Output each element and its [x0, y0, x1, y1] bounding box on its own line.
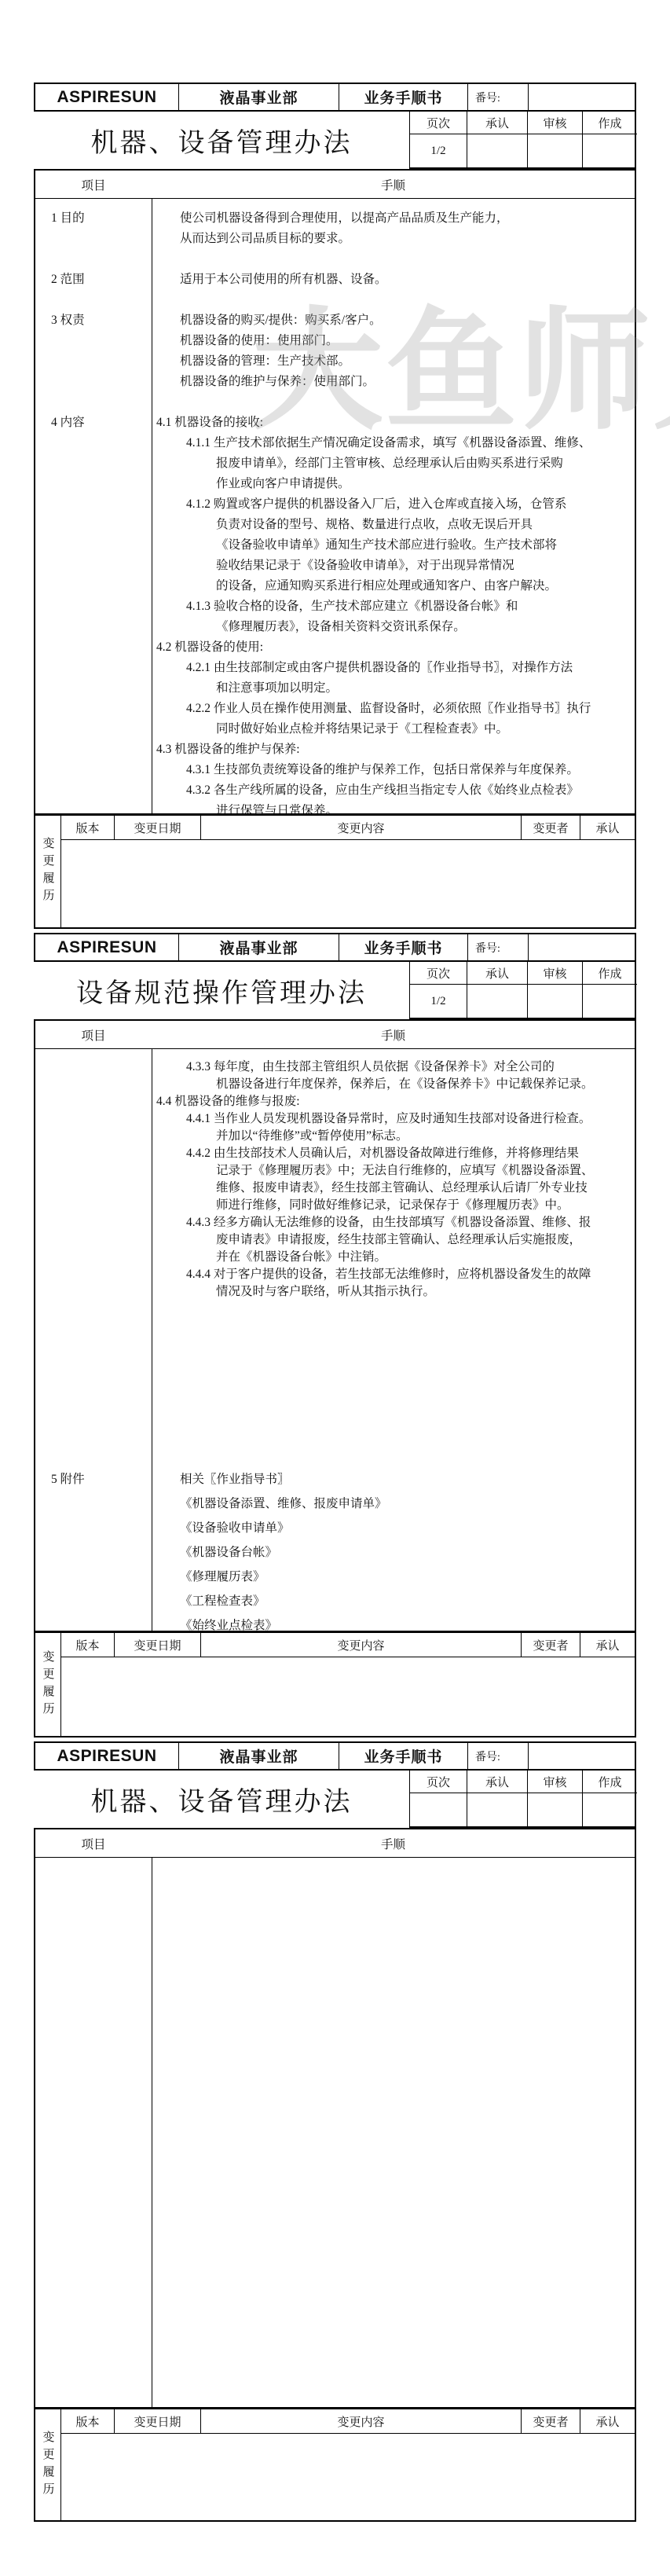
page-header-table: ASPIRESUN 液晶事业部 业务手顺书 番号: [34, 83, 636, 112]
division-name: 液晶事业部 [178, 1743, 339, 1769]
prepare-label: 作成 [582, 1771, 637, 1793]
procedure-line: 4.4.1 当作业人员发现机器设备异常时，应及时通知生技部对设备进行检查。 [152, 1110, 635, 1128]
item-column-header: 项目 [35, 1829, 152, 1857]
procedure-line: 《修理履历表》 [152, 1565, 635, 1589]
section-item-label: 5 附件 [35, 1301, 152, 1631]
serial-number-value [528, 84, 635, 110]
procedure-line: 作业或向客户申请提供。 [152, 474, 635, 494]
company-logo-text: ASPIRESUN [35, 84, 178, 110]
procedure-line: 维修、报废申请表》，经生技部主管确认、总经理承认后请厂外专业技 [152, 1180, 635, 1197]
page-header-table: ASPIRESUN 液晶事业部 业务手顺书 番号: [34, 1741, 636, 1771]
document-canvas: { "watermark": { "text": "大鱼师兄" }, "page… [0, 0, 670, 2576]
item-column-header: 项目 [35, 1021, 152, 1048]
approve-label: 承认 [467, 112, 527, 134]
procedure-line: 《设备验收申请单》通知生产技术部应进行验收。生产技术部将 [152, 535, 635, 556]
procedure-table-body: 4.3.3 每年度，由生技部主管组织人员依据《设备保养卡》对全公司的机器设备进行… [35, 1049, 635, 1631]
procedure-line: 验收结果记录于《设备验收申请单》，对于出现异常情况 [152, 556, 635, 576]
section-procedure-lines: 适用于本公司使用的所有机器、设备。 [152, 249, 635, 290]
procedure-line: 并加以“待维修”或“暂停使用”标志。 [152, 1128, 635, 1145]
procedure-line: 4.2.1 由生技部制定或由客户提供机器设备的〖作业指导书〗，对操作方法 [152, 658, 635, 678]
approval-table: 页次 承认 审核 作成 [409, 1771, 636, 1828]
procedure-line: 4.3.2 各生产线所属的设备，应由生产线担当指定专人依《始终业点检表》 [152, 780, 635, 801]
procedure-line: 情况及时与客户联络，听从其指示执行。 [152, 1283, 635, 1301]
change-history-columns: 版本变更日期变更内容变更者承认 [61, 2409, 635, 2434]
page-title: 设备规范操作管理办法 [76, 971, 367, 1010]
change-history-main: 版本变更日期变更内容变更者承认 [61, 1633, 635, 1736]
review-label: 审核 [527, 962, 582, 984]
prepare-value [582, 984, 637, 1018]
page-number-label: 页次 [410, 962, 467, 984]
change-history-empty-rows [61, 840, 635, 927]
page-number-label: 页次 [410, 1771, 467, 1793]
change-history-main: 版本变更日期变更内容变更者承认 [61, 816, 635, 927]
procedure-table-header: 项目 手顺 [35, 1021, 635, 1049]
section-item-label [35, 1059, 152, 1301]
page-number-value: 1/2 [410, 984, 467, 1018]
division-name: 液晶事业部 [178, 84, 339, 110]
page-header-table: ASPIRESUN 液晶事业部 业务手顺书 番号: [34, 933, 636, 962]
change-history-column-header: 变更者 [521, 1633, 580, 1657]
prepare-value [582, 134, 637, 167]
change-history-column-header: 变更日期 [114, 2409, 200, 2433]
title-area: 机器、设备管理办法 [34, 112, 409, 169]
procedure-line: 《工程检查表》 [152, 1589, 635, 1613]
change-history-column-header: 变更日期 [114, 1633, 200, 1657]
change-history-table: 变更履历 版本变更日期变更内容变更者承认 [34, 1632, 636, 1738]
procedure-table-body: 1 目的使公司机器设备得到合理使用，以提高产品品质及生产能力，从而达到公司品质目… [35, 199, 635, 813]
procedure-table-header: 项目 手顺 [35, 171, 635, 199]
serial-number-label: 番号: [467, 934, 528, 960]
section-procedure-lines: 机器设备的购买/提供：购买系/客户。机器设备的使用：使用部门。机器设备的管理：生… [152, 290, 635, 392]
change-history-table: 变更履历 版本变更日期变更内容变更者承认 [34, 2409, 636, 2522]
procedure-table: 项目 手顺 1 目的使公司机器设备得到合理使用，以提高产品品质及生产能力，从而达… [34, 169, 636, 815]
title-area: 机器、设备管理办法 [34, 1771, 409, 1828]
section-item-label: 2 范围 [35, 249, 152, 290]
change-history-column-header: 变更内容 [200, 816, 521, 839]
procedure-table-header: 项目 手顺 [35, 1829, 635, 1858]
change-history-vertical-label: 变更履历 [35, 1633, 61, 1736]
section-procedure-lines: 4.3.3 每年度，由生技部主管组织人员依据《设备保养卡》对全公司的机器设备进行… [152, 1059, 635, 1301]
document-page-2: ASPIRESUN 液晶事业部 业务手顺书 番号: 设备规范操作管理办法 页次 … [34, 933, 636, 1738]
procedure-line: 4.1 机器设备的接收: [152, 413, 635, 433]
procedure-line: 负责对设备的型号、规格、数量进行点收，点收无误后开具 [152, 515, 635, 535]
change-history-column-header: 承认 [580, 816, 635, 839]
procedure-line: 使公司机器设备得到合理使用，以提高产品品质及生产能力， [152, 208, 635, 229]
procedure-line: 《修理履历表》，设备相关资料交资讯系保存。 [152, 617, 635, 637]
division-name: 液晶事业部 [178, 934, 339, 960]
change-history-column-header: 变更者 [521, 2409, 580, 2433]
procedure-line: 4.4 机器设备的维修与报废: [152, 1093, 635, 1110]
procedure-table: 项目 手顺 [34, 1828, 636, 2409]
procedure-line: 4.2 机器设备的使用: [152, 637, 635, 658]
section-procedure-lines: 相关〖作业指导书〗《机器设备添置、维修、报废申请单》《设备验收申请单》《机器设备… [152, 1301, 635, 1631]
section-procedure-lines: 4.1 机器设备的接收:4.1.1 生产技术部依据生产情况确定设备需求，填写《机… [152, 392, 635, 813]
title-block: 机器、设备管理办法 页次 承认 审核 作成 [34, 1771, 636, 1828]
procedure-line: 的设备，应通知购买系进行相应处理或通知客户、由客户解决。 [152, 576, 635, 596]
review-value [527, 134, 582, 167]
procedure-line: 4.3.1 生技部负责统筹设备的维护与保养工作，包括日常保养与年度保养。 [152, 760, 635, 780]
procedure-column-header: 手顺 [152, 171, 635, 198]
procedure-line: 机器设备的购买/提供：购买系/客户。 [152, 310, 635, 331]
procedure-line: 4.3.3 每年度，由生技部主管组织人员依据《设备保养卡》对全公司的 [152, 1059, 635, 1076]
procedure-line: 师进行维修，同时做好维修记录，记录保存于《修理履历表》中。 [152, 1197, 635, 1214]
approve-value [467, 134, 527, 167]
change-history-column-header: 变更者 [521, 816, 580, 839]
procedure-line: 4.4.4 对于客户提供的设备，若生技部无法维修时，应将机器设备发生的故障 [152, 1266, 635, 1283]
title-block: 机器、设备管理办法 页次 承认 审核 作成 1/2 [34, 112, 636, 169]
procedure-line: 相关〖作业指导书〗 [152, 1467, 635, 1492]
procedure-column-header: 手顺 [152, 1021, 635, 1048]
approval-table: 页次 承认 审核 作成 1/2 [409, 112, 636, 169]
item-column-header: 项目 [35, 171, 152, 198]
procedure-line: 4.4.3 经多方确认无法维修的设备，由生技部填写《机器设备添置、维修、报 [152, 1214, 635, 1231]
review-label: 审核 [527, 1771, 582, 1793]
document-type: 业务手顺书 [339, 934, 467, 960]
change-history-column-header: 承认 [580, 2409, 635, 2433]
procedure-line: 4.3 机器设备的维护与保养: [152, 739, 635, 760]
document-type: 业务手顺书 [339, 84, 467, 110]
serial-number-label: 番号: [467, 84, 528, 110]
procedure-line: 《始终业点检表》 [152, 1613, 635, 1631]
procedure-line: 废申请表》申请报废，经生技部主管确认、总经理承认后实施报废， [152, 1231, 635, 1249]
procedure-line: 报废申请单》，经部门主管审核、总经理承认后由购买系进行采购 [152, 453, 635, 474]
procedure-line: 《机器设备台帐》 [152, 1540, 635, 1565]
change-history-column-header: 版本 [61, 816, 114, 839]
approve-value [467, 1793, 527, 1826]
serial-number-label: 番号: [467, 1743, 528, 1769]
procedure-line: 从而达到公司品质目标的要求。 [152, 229, 635, 249]
procedure-line: 4.2.2 作业人员在操作使用测量、监督设备时，必须依照〖作业指导书〗执行 [152, 699, 635, 719]
change-history-empty-rows [61, 2434, 635, 2520]
document-type: 业务手顺书 [339, 1743, 467, 1769]
change-history-column-header: 版本 [61, 2409, 114, 2433]
change-history-columns: 版本变更日期变更内容变更者承认 [61, 816, 635, 840]
change-history-vertical-label: 变更履历 [35, 816, 61, 927]
procedure-line: 机器设备的维护与保养：使用部门。 [152, 372, 635, 392]
procedure-column-header: 手顺 [152, 1829, 635, 1857]
procedure-line: 机器设备的管理：生产技术部。 [152, 351, 635, 372]
page-number-label: 页次 [410, 112, 467, 134]
change-history-columns: 版本变更日期变更内容变更者承认 [61, 1633, 635, 1657]
procedure-line: 4.1.2 购置或客户提供的机器设备入厂后，进入仓库或直接入场，仓管系 [152, 494, 635, 515]
procedure-line: 适用于本公司使用的所有机器、设备。 [152, 270, 635, 290]
change-history-vertical-label: 变更履历 [35, 2409, 61, 2520]
procedure-line: 机器设备的使用：使用部门。 [152, 331, 635, 351]
title-area: 设备规范操作管理办法 [34, 962, 409, 1019]
procedure-line: 4.1.1 生产技术部依据生产情况确定设备需求，填写《机器设备添置、维修、 [152, 433, 635, 453]
approve-value [467, 984, 527, 1018]
prepare-label: 作成 [582, 962, 637, 984]
serial-number-value [528, 1743, 635, 1769]
change-history-column-header: 变更内容 [200, 2409, 521, 2433]
procedure-line: 《设备验收申请单》 [152, 1516, 635, 1540]
document-page-3: ASPIRESUN 液晶事业部 业务手顺书 番号: 机器、设备管理办法 页次 承… [34, 1741, 636, 2522]
section-item-label: 3 权责 [35, 290, 152, 392]
procedure-line: 并在《机器设备台帐》中注销。 [152, 1249, 635, 1266]
page-number-value [410, 1793, 467, 1826]
company-logo-text: ASPIRESUN [35, 934, 178, 960]
procedure-line: 机器设备进行年度保养，保养后，在《设备保养卡》中记载保养记录。 [152, 1076, 635, 1093]
change-history-column-header: 变更内容 [200, 1633, 521, 1657]
serial-number-value [528, 934, 635, 960]
change-history-column-header: 承认 [580, 1633, 635, 1657]
change-history-table: 变更履历 版本变更日期变更内容变更者承认 [34, 815, 636, 929]
change-history-main: 版本变更日期变更内容变更者承认 [61, 2409, 635, 2520]
approve-label: 承认 [467, 962, 527, 984]
procedure-line: 4.1.3 验收合格的设备，生产技术部应建立《机器设备台帐》和 [152, 596, 635, 617]
company-logo-text: ASPIRESUN [35, 1743, 178, 1769]
change-history-column-header: 版本 [61, 1633, 114, 1657]
procedure-line: 和注意事项加以明定。 [152, 678, 635, 699]
page-title: 机器、设备管理办法 [91, 1780, 353, 1818]
procedure-line: 同时做好始业点检并将结果记录于《工程检查表》中。 [152, 719, 635, 739]
procedure-line: 进行保管与日常保养。 [152, 801, 635, 813]
page-number-value: 1/2 [410, 134, 467, 167]
procedure-table: 项目 手顺 4.3.3 每年度，由生技部主管组织人员依据《设备保养卡》对全公司的… [34, 1019, 636, 1632]
section-item-label: 1 目的 [35, 208, 152, 249]
prepare-value [582, 1793, 637, 1826]
prepare-label: 作成 [582, 112, 637, 134]
procedure-line: 《机器设备添置、维修、报废申请单》 [152, 1492, 635, 1516]
approval-table: 页次 承认 审核 作成 1/2 [409, 962, 636, 1019]
change-history-column-header: 变更日期 [114, 816, 200, 839]
change-history-empty-rows [61, 1657, 635, 1736]
title-block: 设备规范操作管理办法 页次 承认 审核 作成 1/2 [34, 962, 636, 1019]
review-value [527, 984, 582, 1018]
section-procedure-lines: 使公司机器设备得到合理使用，以提高产品品质及生产能力，从而达到公司品质目标的要求… [152, 208, 635, 249]
review-value [527, 1793, 582, 1826]
procedure-table-body [35, 1858, 635, 2407]
procedure-line: 记录于《修理履历表》中；无法自行维修的，应填写《机器设备添置、 [152, 1162, 635, 1180]
review-label: 审核 [527, 112, 582, 134]
section-item-label: 4 内容 [35, 392, 152, 813]
approve-label: 承认 [467, 1771, 527, 1793]
procedure-line: 4.4.2 由生技部技术人员确认后，对机器设备故障进行维修，并将修理结果 [152, 1145, 635, 1162]
page-title: 机器、设备管理办法 [91, 121, 353, 160]
document-page-1: ASPIRESUN 液晶事业部 业务手顺书 番号: 机器、设备管理办法 页次 承… [34, 83, 636, 929]
